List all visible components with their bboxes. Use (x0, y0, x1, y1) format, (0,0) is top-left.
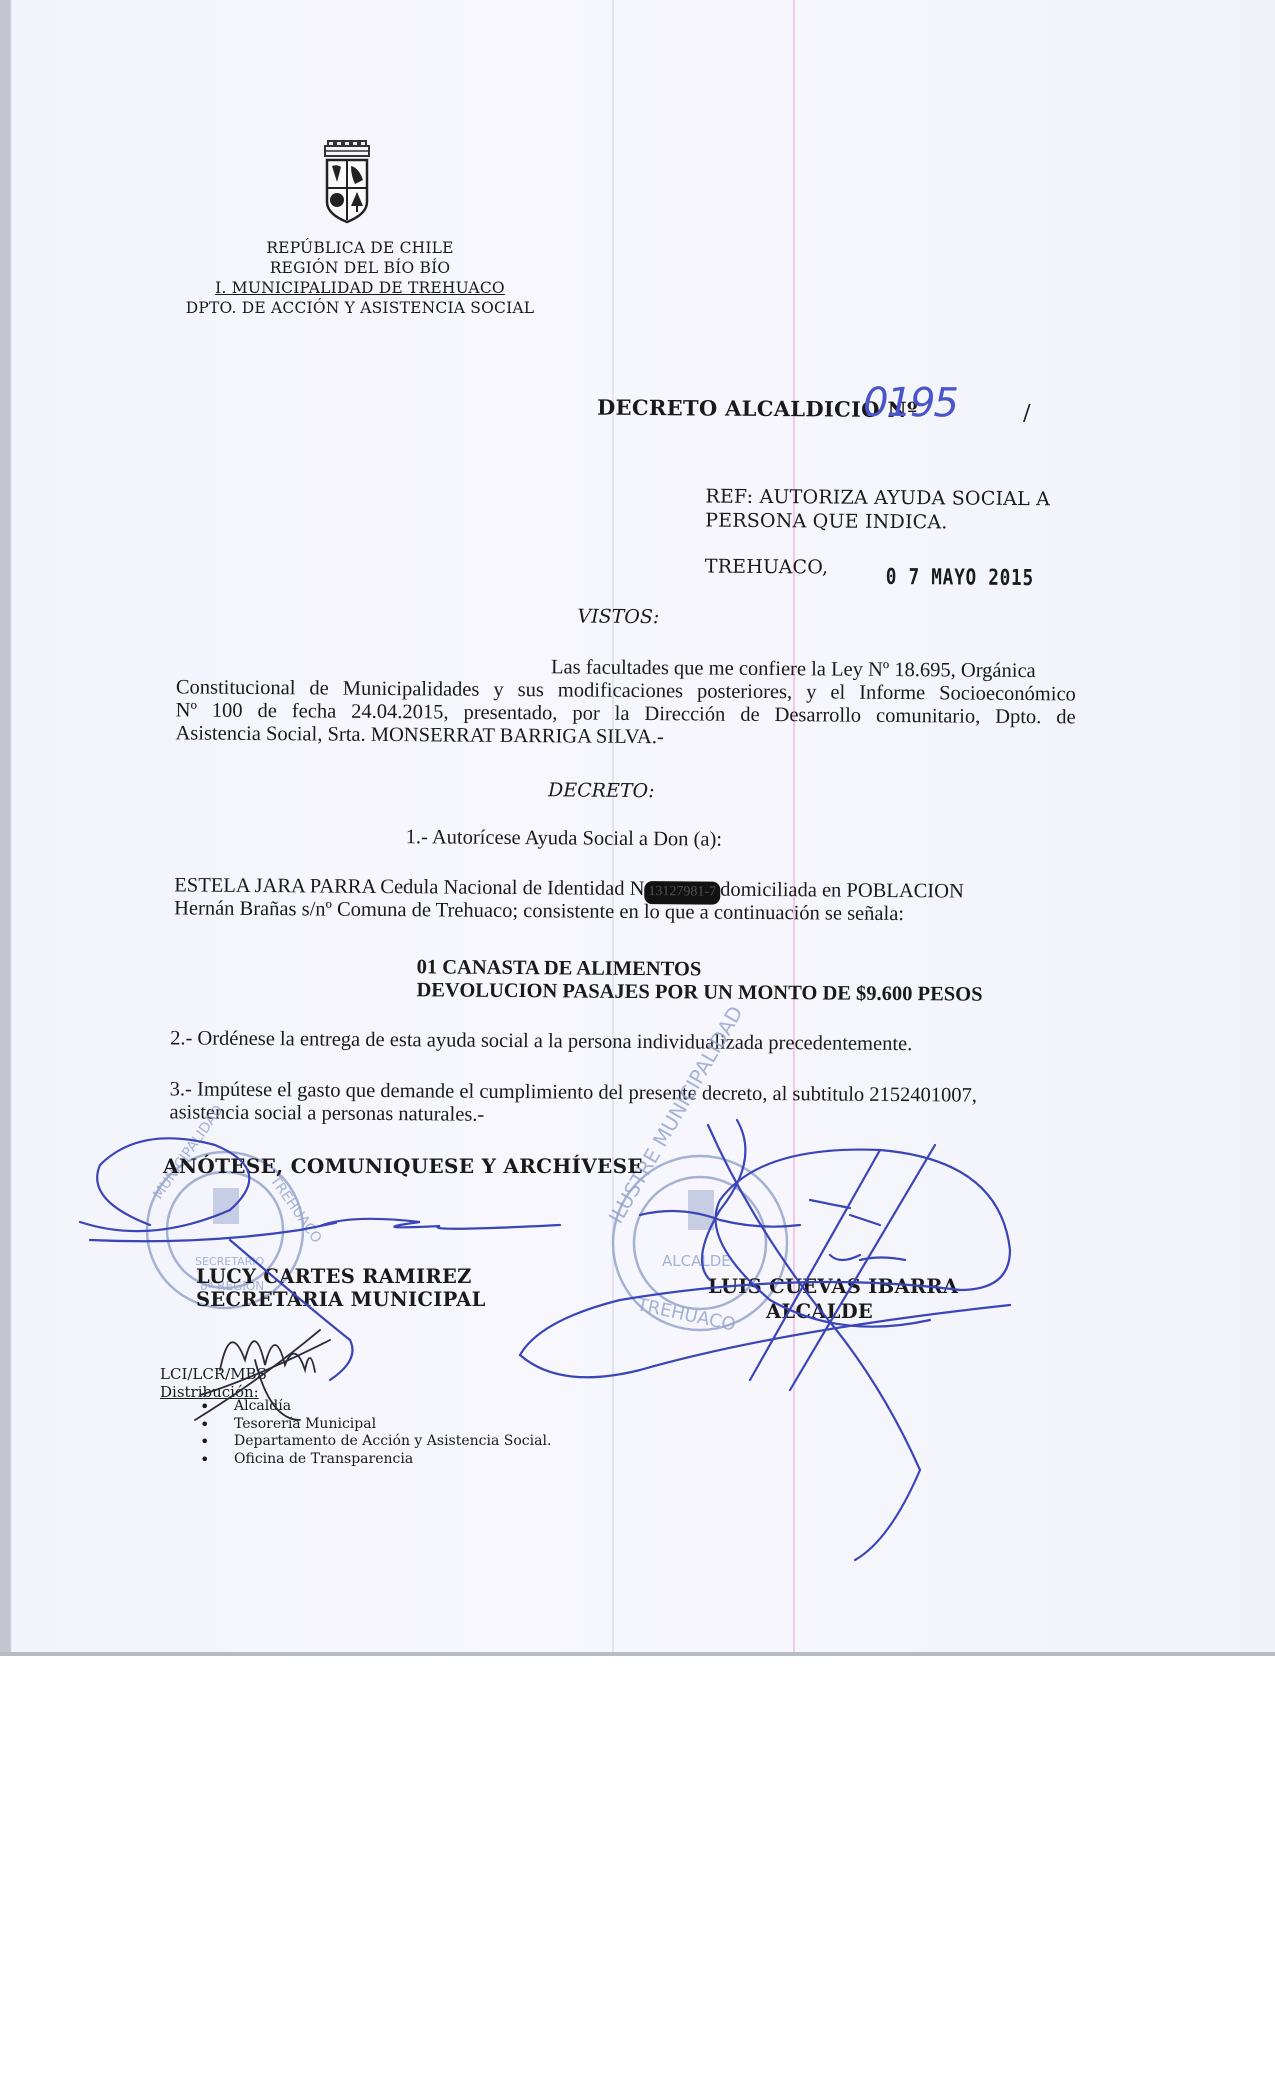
beneficiary-text: domiciliada en POBLACION (720, 879, 964, 903)
aid-line-1: 01 CANASTA DE ALIMENTOS (417, 956, 702, 981)
document-body: DECRETO ALCALDICIO Nº 0195 / REF: AUTORI… (0, 0, 1275, 1657)
secretary-name: LUCY CARTES RAMIREZ (196, 1265, 472, 1288)
distribution-item: Departamento de Acción y Asistencia Soci… (234, 1433, 551, 1451)
distribution-item: Alcaldía (234, 1398, 551, 1416)
decreto-heading: DECRETO: (548, 779, 655, 802)
distribution-list: Alcaldía Tesorería Municipal Departament… (234, 1398, 551, 1468)
vistos-heading: VISTOS: (577, 606, 659, 629)
mayor-title: ALCALDE (766, 1300, 873, 1323)
ref-line-2: PERSONA QUE INDICA. (705, 509, 948, 535)
closing-formula: ANÓTESE, COMUNIQUESE Y ARCHÍVESE (163, 1155, 643, 1178)
distribution-item: Tesorería Municipal (234, 1416, 551, 1434)
secretary-title: SECRETARIA MUNICIPAL (196, 1288, 486, 1311)
vistos-line: Las facultades que me confiere la Ley Nº… (551, 656, 1036, 682)
decree-number-handwritten: 0195 (863, 380, 957, 427)
ref-line-1: REF: AUTORIZA AYUDA SOCIAL A (705, 485, 1050, 512)
decreto-item-1: 1.- Autorícese Ayuda Social a Don (a): (406, 826, 723, 851)
decreto-item-3-line-2: asistencia social a personas naturales.- (169, 1101, 484, 1126)
beneficiary-text: ESTELA JARA PARRA Cedula Nacional de Ide… (174, 874, 644, 900)
decreto-item-2: 2.- Ordénese la entrega de esta ayuda so… (170, 1027, 912, 1055)
date-stamp: 0 7 MAYO 2015 (886, 565, 1034, 591)
place: TREHUACO, (705, 555, 829, 580)
initials: LCI/LCR/MBS (160, 1365, 267, 1383)
aid-line-2: DEVOLUCION PASAJES POR UN MONTO DE $9.60… (416, 979, 982, 1006)
decree-slash: / (1023, 401, 1031, 426)
mayor-name: LUIS CUEVAS IBARRA (708, 1275, 958, 1298)
beneficiary-line-2: Hernán Brañas s/nº Comuna de Trehuaco; c… (174, 897, 904, 925)
distribution-item: Oficina de Transparencia (234, 1451, 551, 1469)
